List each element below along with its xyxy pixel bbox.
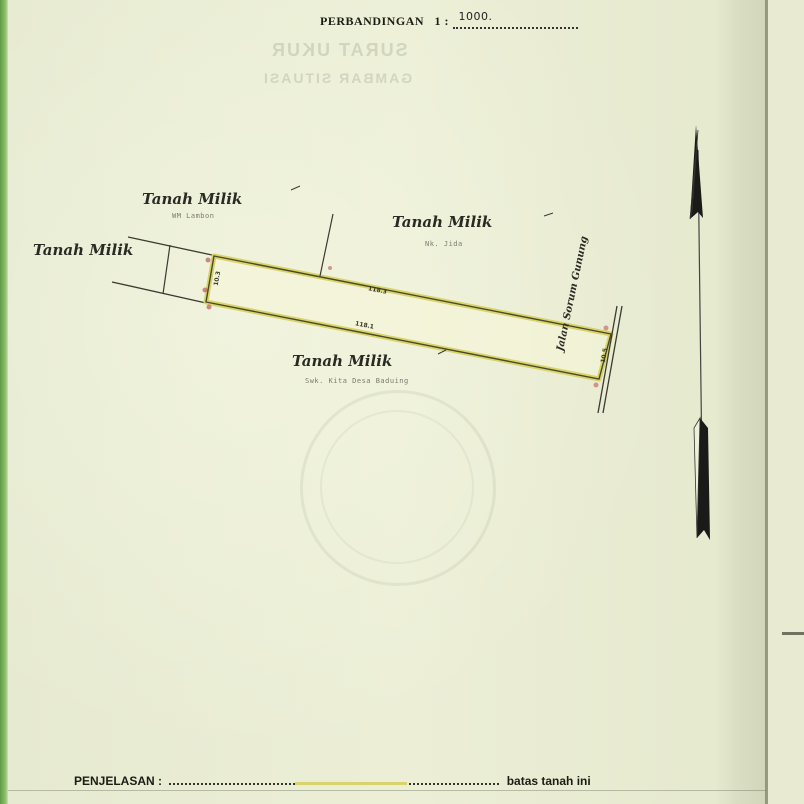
corner-mark <box>207 305 212 310</box>
boundary-legend-swatch <box>295 782 407 785</box>
parcel-owner-northeast: Nk. Jida <box>425 240 463 248</box>
leader-tick <box>544 213 553 216</box>
corner-mark <box>206 258 211 263</box>
north-arrow-icon <box>690 125 710 540</box>
explanation-row: PENJELASAN : batas tanah ini <box>74 773 591 788</box>
explanation-label: PENJELASAN : <box>74 774 162 788</box>
corner-mark <box>203 288 208 293</box>
parcel-owner-northwest: WM Lambon <box>172 212 214 220</box>
parcel-owner-south: Swk. Kita Desa Baduing <box>305 377 409 385</box>
explanation-suffix: batas tanah ini <box>507 774 591 788</box>
site-plan-drawing <box>0 0 804 804</box>
corner-mark <box>604 326 609 331</box>
parcel-label-northeast: Tanah Milik <box>392 213 492 231</box>
explanation-field <box>169 773 499 785</box>
leader-tick <box>291 186 300 190</box>
parcel-label-northwest: Tanah Milik <box>142 190 242 208</box>
adjoining-boundary-south <box>112 282 206 303</box>
parcel-label-south: Tanah Milik <box>292 352 392 370</box>
parcel-highlight <box>206 256 611 379</box>
bottom-rule <box>8 790 766 791</box>
parcel-label-west: Tanah Milik <box>33 241 133 259</box>
corner-mark <box>328 266 332 270</box>
corner-mark <box>594 383 599 388</box>
west-parcel-divider <box>163 245 170 294</box>
